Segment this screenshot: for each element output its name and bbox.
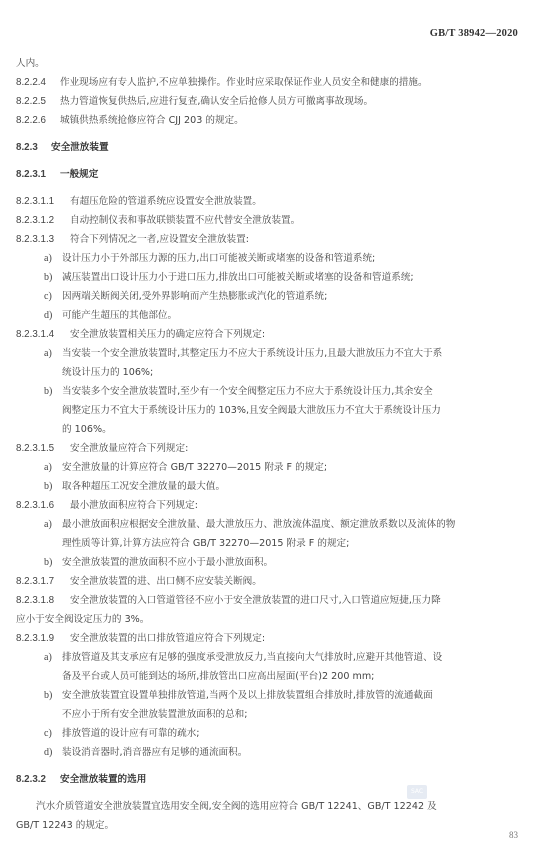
list-label: d) (44, 746, 62, 759)
list-text: 减压装置出口设计压力小于进口压力,排放出口可能被关断或堵塞的设备和管道系统; (62, 272, 414, 283)
list-label: a) (44, 518, 62, 531)
list-continuation: 阀整定压力不宜大于系统设计压力的 103%,且安全阀最大泄放压力不宜大于系统设计… (62, 404, 441, 417)
list-label: c) (44, 290, 62, 303)
list-text: 因两端关断阀关闭,受外界影响而产生热膨胀或汽化的管道系统; (62, 291, 327, 302)
clause-number: 8.2.3.1.5 (16, 442, 70, 455)
clause-text: 有超压危险的管道系统应设置安全泄放装置。 (70, 196, 262, 207)
list-item: d)可能产生超压的其他部位。 (44, 309, 177, 322)
list-text: 排放管道的设计应有可靠的疏水; (62, 728, 200, 739)
clause-8-2-3-1-7: 8.2.3.1.7安全泄放装置的进、出口侧不应安装关断阀。 (16, 575, 262, 588)
page-number: 83 (509, 830, 518, 840)
clause-8-2-3-1-8: 8.2.3.1.8安全泄放装置的入口管道管径不应小于安全泄放装置的进口尺寸,入口… (16, 594, 441, 607)
list-text: 安全泄放装置宜设置单独排放管道,当两个及以上排放装置组合排放时,排放管的流通截面 (62, 690, 433, 701)
list-item: b)安全泄放装置宜设置单独排放管道,当两个及以上排放装置组合排放时,排放管的流通… (44, 689, 433, 702)
section-heading-8-2-3-2: 8.2.3.2安全泄放装置的选用 (16, 773, 146, 786)
section-title: 安全泄放装置 (51, 142, 109, 153)
list-continuation: 的 106%。 (62, 423, 112, 436)
section-title: 安全泄放装置的选用 (60, 774, 146, 785)
list-item: b)安全泄放装置的泄放面积不应小于最小泄放面积。 (44, 556, 273, 569)
clause-text: 安全泄放装置的进、出口侧不应安装关断阀。 (70, 576, 262, 587)
clause-number: 8.2.3.1.9 (16, 632, 70, 645)
clause-number: 8.2.3.1.8 (16, 594, 70, 607)
clause-number: 8.2.2.4 (16, 76, 60, 89)
list-text: 最小泄放面积应根据安全泄放量、最大泄放压力、泄放流体温度、额定泄放系数以及流体的… (62, 519, 455, 530)
list-text: 装设消音器时,消音器应有足够的通流面积。 (62, 747, 247, 758)
list-label: b) (44, 480, 62, 493)
list-item: a)当安装一个安全泄放装置时,其整定压力不应大于系统设计压力,且最大泄放压力不宜… (44, 347, 442, 360)
clause-continuation: 应小于安全阀设定压力的 3%。 (16, 613, 149, 626)
section-number: 8.2.3 (16, 141, 51, 154)
list-label: b) (44, 689, 62, 702)
clause-text: 安全泄放装置的入口管道管径不应小于安全泄放装置的进口尺寸,入口管道应短捷,压力降 (70, 595, 441, 606)
clause-text: 安全泄放装置的出口排放管道应符合下列规定: (70, 633, 265, 644)
clause-8-2-3-1-6: 8.2.3.1.6最小泄放面积应符合下列规定: (16, 499, 198, 512)
list-continuation: 不应小于所有安全泄放装置泄放面积的总和; (62, 708, 248, 721)
list-text: 设计压力小于外部压力源的压力,出口可能被关断或堵塞的设备和管道系统; (62, 253, 375, 264)
clause-8-2-3-1-4: 8.2.3.1.4安全泄放装置相关压力的确定应符合下列规定: (16, 328, 265, 341)
clause-number: 8.2.3.1.1 (16, 195, 70, 208)
section-number: 8.2.3.1 (16, 168, 60, 181)
list-text: 可能产生超压的其他部位。 (62, 310, 177, 321)
list-text: 排放管道及其支承应有足够的强度承受泄放反力,当直接向大气排放时,应避开其他管道、… (62, 652, 442, 663)
clause-8-2-2-4: 8.2.2.4作业现场应有专人监护,不应单独操作。作业时应采取保证作业人员安全和… (16, 76, 428, 89)
clause-number: 8.2.3.1.3 (16, 233, 70, 246)
list-item: d)装设消音器时,消音器应有足够的通流面积。 (44, 746, 247, 759)
list-continuation: 统设计压力的 106%; (62, 366, 153, 379)
clause-text: 自动控制仪表和事故联锁装置不应代替安全泄放装置。 (70, 215, 300, 226)
list-text: 当安装一个安全泄放装置时,其整定压力不应大于系统设计压力,且最大泄放压力不宜大于… (62, 348, 442, 359)
clause-8-2-3-1-3: 8.2.3.1.3符合下列情况之一者,应设置安全泄放装置: (16, 233, 249, 246)
clause-text: 安全泄放量应符合下列规定: (70, 443, 188, 454)
list-text: 取各种超压工况安全泄放量的最大值。 (62, 481, 225, 492)
clause-8-2-2-6: 8.2.2.6城镇供热系统抢修应符合 CJJ 203 的规定。 (16, 114, 244, 127)
clause-text: 符合下列情况之一者,应设置安全泄放装置: (70, 234, 249, 245)
list-label: a) (44, 461, 62, 474)
list-label: b) (44, 385, 62, 398)
list-label: b) (44, 271, 62, 284)
list-item: a)排放管道及其支承应有足够的强度承受泄放反力,当直接向大气排放时,应避开其他管… (44, 651, 442, 664)
list-item: b)减压装置出口设计压力小于进口压力,排放出口可能被关断或堵塞的设备和管道系统; (44, 271, 414, 284)
clause-number: 8.2.2.5 (16, 95, 60, 108)
list-text: 安全泄放量的计算应符合 GB/T 32270—2015 附录 F 的规定; (62, 462, 327, 473)
list-item: c)排放管道的设计应有可靠的疏水; (44, 727, 200, 740)
clause-8-2-3-1-5: 8.2.3.1.5安全泄放量应符合下列规定: (16, 442, 188, 455)
list-label: c) (44, 727, 62, 740)
list-item: a)最小泄放面积应根据安全泄放量、最大泄放压力、泄放流体温度、额定泄放系数以及流… (44, 518, 455, 531)
sac-watermark-logo: SAC (407, 785, 427, 799)
clause-text: 安全泄放装置相关压力的确定应符合下列规定: (70, 329, 265, 340)
list-item: c)因两端关断阀关闭,受外界影响而产生热膨胀或汽化的管道系统; (44, 290, 327, 303)
list-item: b)取各种超压工况安全泄放量的最大值。 (44, 480, 225, 493)
clause-text: 城镇供热系统抢修应符合 CJJ 203 的规定。 (60, 115, 244, 126)
text-line: 人内。 (16, 57, 45, 70)
section-heading-8-2-3-1: 8.2.3.1一般规定 (16, 168, 98, 181)
clause-number: 8.2.2.6 (16, 114, 60, 127)
list-text: 当安装多个安全泄放装置时,至少有一个安全阀整定压力不应大于系统设计压力,其余安全 (62, 386, 433, 397)
section-heading-8-2-3: 8.2.3安全泄放装置 (16, 141, 109, 154)
list-label: a) (44, 347, 62, 360)
list-text: 安全泄放装置的泄放面积不应小于最小泄放面积。 (62, 557, 273, 568)
section-number: 8.2.3.2 (16, 773, 60, 786)
clause-8-2-3-1-2: 8.2.3.1.2自动控制仪表和事故联锁装置不应代替安全泄放装置。 (16, 214, 300, 227)
clause-text: 热力管道恢复供热后,应进行复查,确认安全后抢修人员方可撤离事故现场。 (60, 96, 373, 107)
list-item: a)安全泄放量的计算应符合 GB/T 32270—2015 附录 F 的规定; (44, 461, 327, 474)
list-continuation: 理性质等计算,计算方法应符合 GB/T 32270—2015 附录 F 的规定; (62, 537, 349, 550)
list-continuation: 备及平台或人员可能到达的场所,排放管出口应高出屋面(平台)2 200 mm; (62, 670, 374, 683)
list-label: b) (44, 556, 62, 569)
list-label: d) (44, 309, 62, 322)
standard-code-header: GB/T 38942—2020 (430, 28, 518, 39)
list-item: b)当安装多个安全泄放装置时,至少有一个安全阀整定压力不应大于系统设计压力,其余… (44, 385, 433, 398)
paragraph-continuation: GB/T 12243 的规定。 (16, 819, 114, 832)
clause-text: 作业现场应有专人监护,不应单独操作。作业时应采取保证作业人员安全和健康的措施。 (60, 77, 428, 88)
clause-8-2-2-5: 8.2.2.5热力管道恢复供热后,应进行复查,确认安全后抢修人员方可撤离事故现场… (16, 95, 373, 108)
clause-number: 8.2.3.1.2 (16, 214, 70, 227)
list-label: a) (44, 252, 62, 265)
clause-text: 最小泄放面积应符合下列规定: (70, 500, 198, 511)
clause-8-2-3-1-9: 8.2.3.1.9安全泄放装置的出口排放管道应符合下列规定: (16, 632, 265, 645)
clause-number: 8.2.3.1.7 (16, 575, 70, 588)
list-item: a)设计压力小于外部压力源的压力,出口可能被关断或堵塞的设备和管道系统; (44, 252, 375, 265)
clause-number: 8.2.3.1.4 (16, 328, 70, 341)
list-label: a) (44, 651, 62, 664)
paragraph-text: 汽水介质管道安全泄放装置宜选用安全阀,安全阀的选用应符合 GB/T 12241、… (36, 800, 437, 813)
section-title: 一般规定 (60, 169, 98, 180)
clause-number: 8.2.3.1.6 (16, 499, 70, 512)
clause-8-2-3-1-1: 8.2.3.1.1有超压危险的管道系统应设置安全泄放装置。 (16, 195, 262, 208)
